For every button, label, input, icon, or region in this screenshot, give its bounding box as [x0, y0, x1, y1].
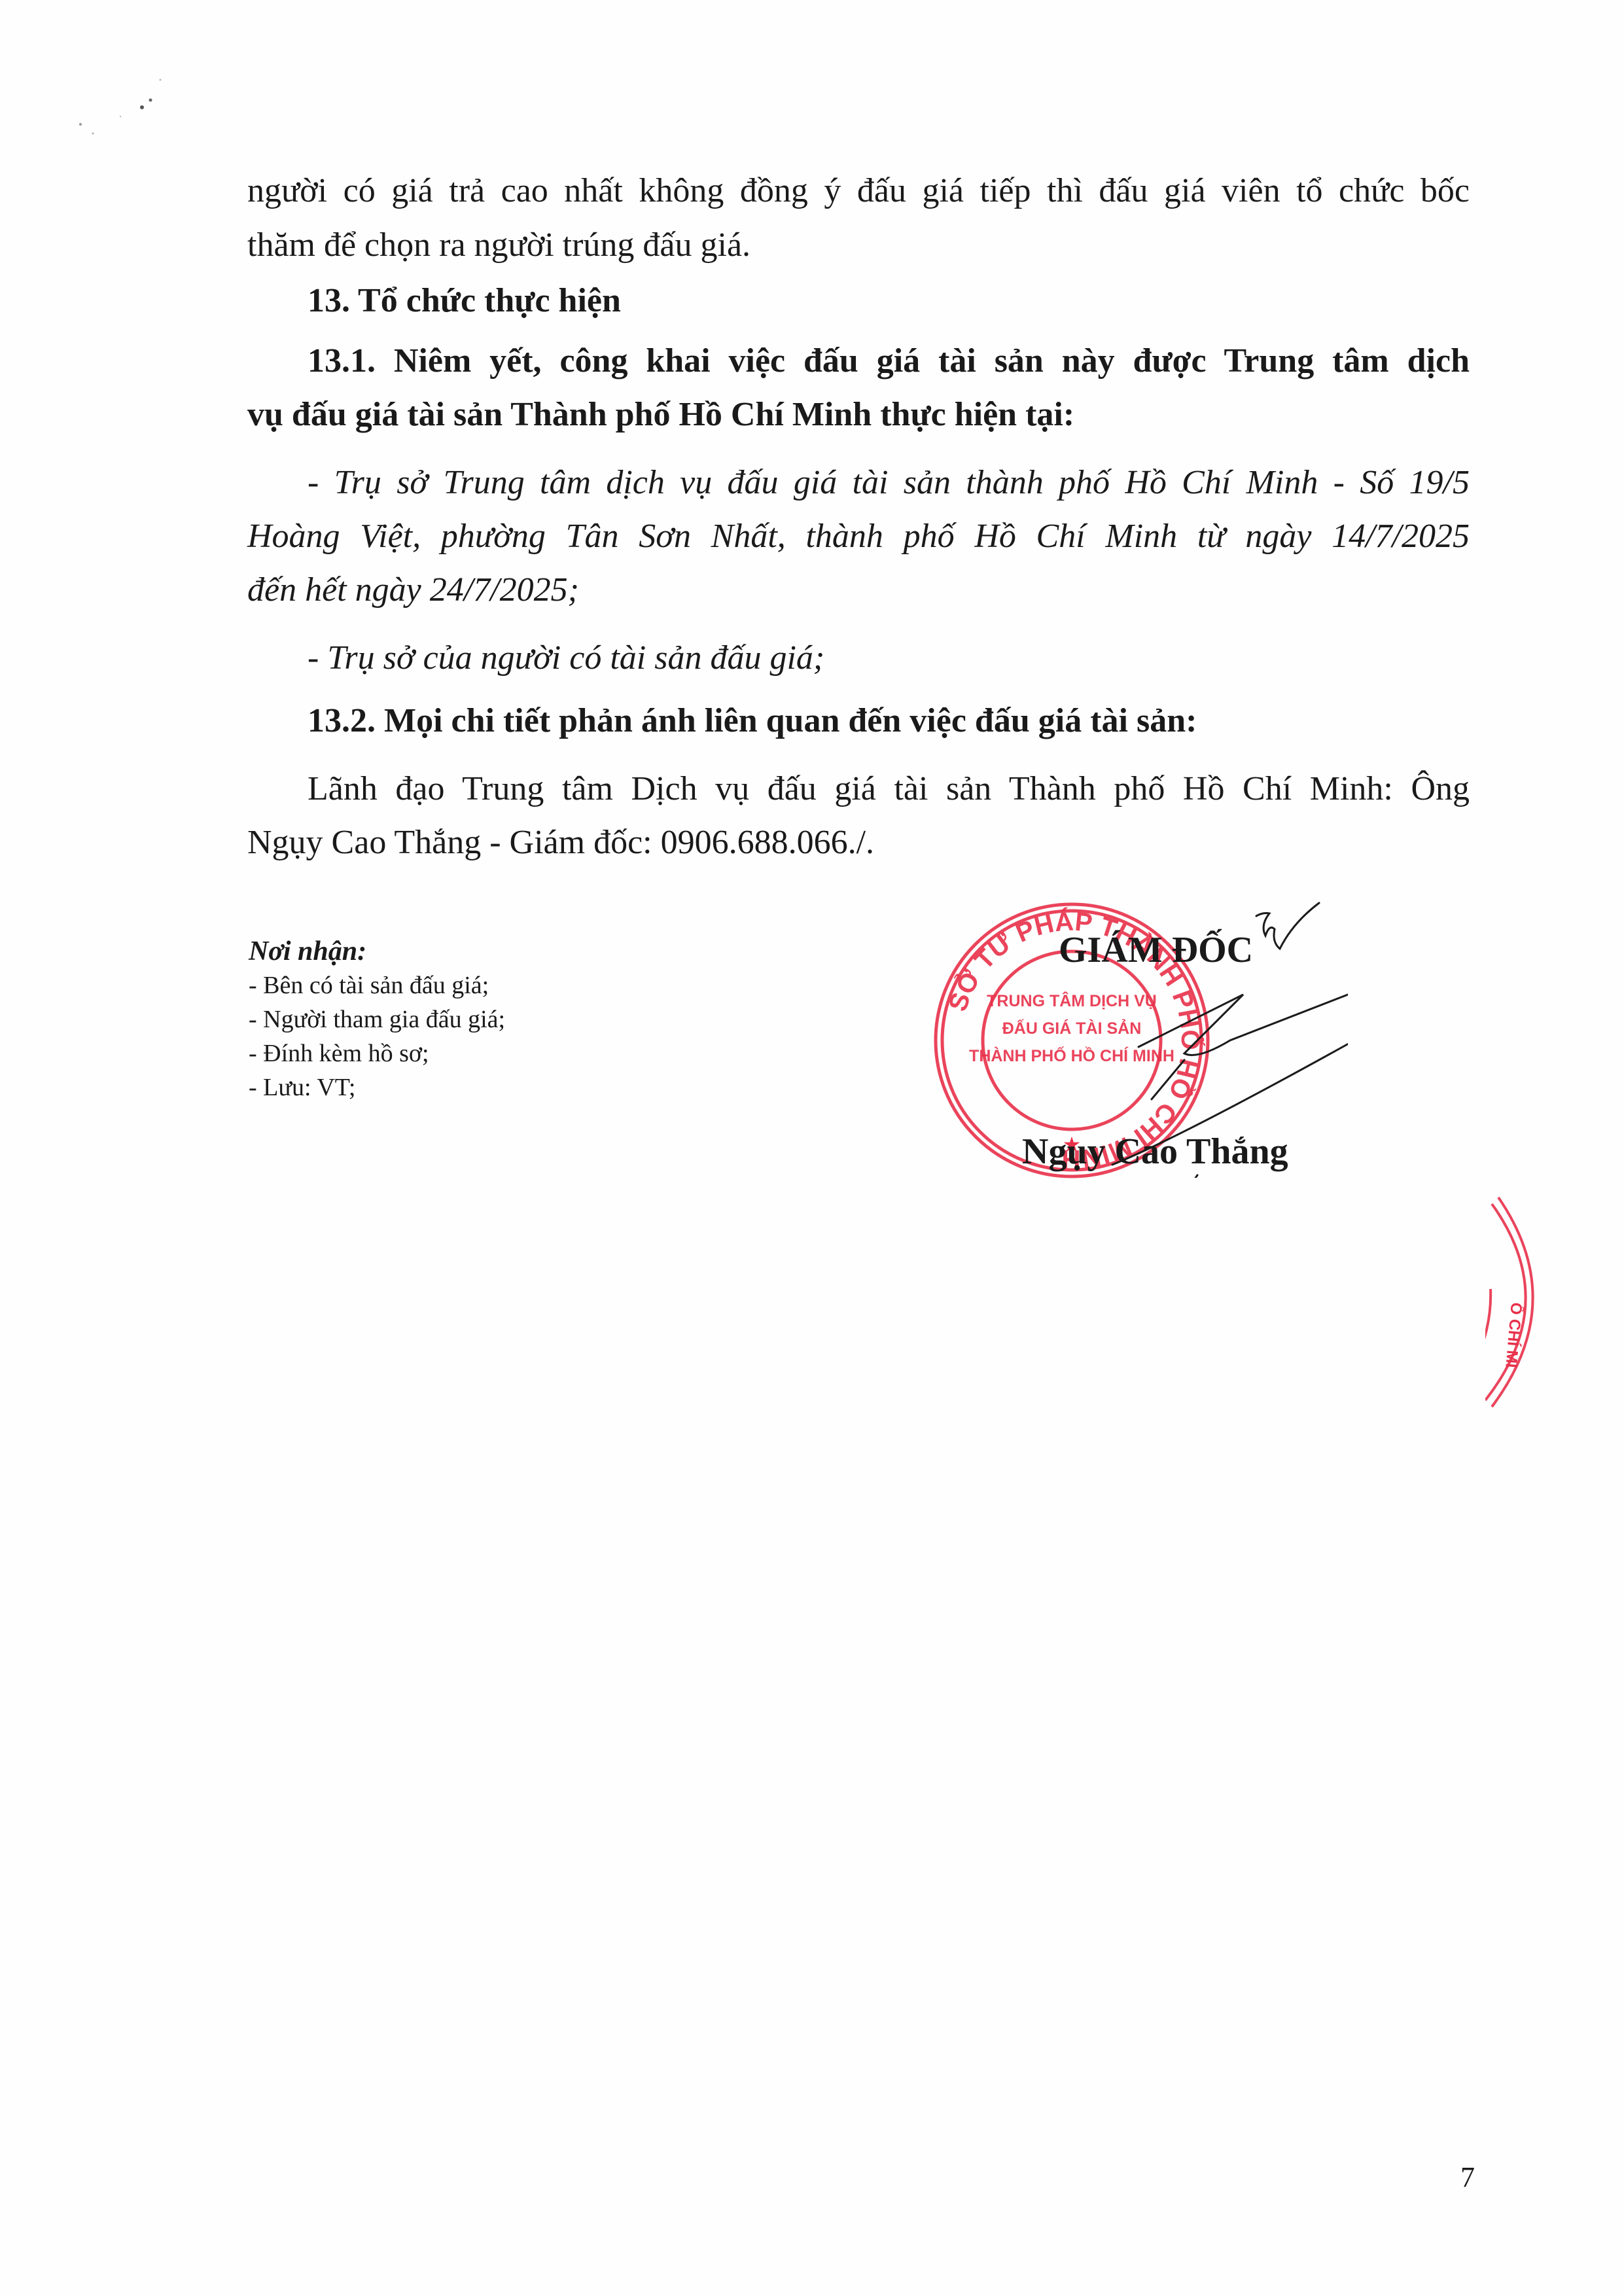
page-number: 7 [1460, 2161, 1475, 2194]
signatory-title: GIÁM ĐỐC [1059, 929, 1253, 971]
paragraph-line: người có giá trả cao nhất không đồng ý đ… [247, 171, 1470, 210]
recipient-item: - Người tham gia đấu giá; [249, 1002, 505, 1036]
recipient-item: - Đính kèm hồ sơ; [249, 1036, 505, 1070]
location-item: - Trụ sở của người có tài sản đấu giá; [308, 639, 824, 677]
recipients-title: Nơi nhận: [249, 934, 505, 968]
stamp-inner-line: TRUNG TÂM DỊCH VỤ [987, 991, 1157, 1010]
paragraph-line: thăm để chọn ra người trúng đấu giá. [247, 226, 750, 264]
subsection-heading-13-2: 13.2. Mọi chi tiết phản ánh liên quan đế… [308, 701, 1197, 740]
signatory-name: Ngụy Cao Thắng [1022, 1131, 1288, 1173]
document-page: người có giá trả cao nhất không đồng ý đ… [0, 0, 1624, 2296]
recipient-item: - Lưu: VT; [249, 1070, 505, 1104]
partial-seal-stamp: Ố CHÍ MI [1485, 1191, 1564, 1413]
section-heading: 13. Tổ chức thực hiện [308, 281, 621, 320]
location-item-cont: Hoàng Việt, phường Tân Sơn Nhất, thành p… [247, 517, 1470, 556]
stamp-inner-line: ĐẤU GIÁ TÀI SẢN [1002, 1018, 1142, 1038]
subsection-heading-13-1: 13.1. Niêm yết, công khai việc đấu giá t… [308, 342, 1470, 380]
location-item-cont: đến hết ngày 24/7/2025; [247, 571, 579, 609]
stamp-inner-line: THÀNH PHỐ HỒ CHÍ MINH [969, 1046, 1174, 1065]
location-item: - Trụ sở Trung tâm dịch vụ đấu giá tài s… [308, 463, 1470, 502]
partial-stamp-text: Ố CHÍ MI [1502, 1301, 1526, 1368]
contact-paragraph-cont: Ngụy Cao Thắng - Giám đốc: 0906.688.066.… [247, 823, 874, 862]
scan-artifact-specks [39, 52, 196, 157]
recipients-block: Nơi nhận: - Bên có tài sản đấu giá; - Ng… [249, 934, 505, 1104]
subsection-heading-13-1-cont: vụ đấu giá tài sản Thành phố Hồ Chí Minh… [247, 395, 1074, 434]
recipient-item: - Bên có tài sản đấu giá; [249, 968, 505, 1002]
contact-paragraph: Lãnh đạo Trung tâm Dịch vụ đấu giá tài s… [308, 769, 1470, 808]
